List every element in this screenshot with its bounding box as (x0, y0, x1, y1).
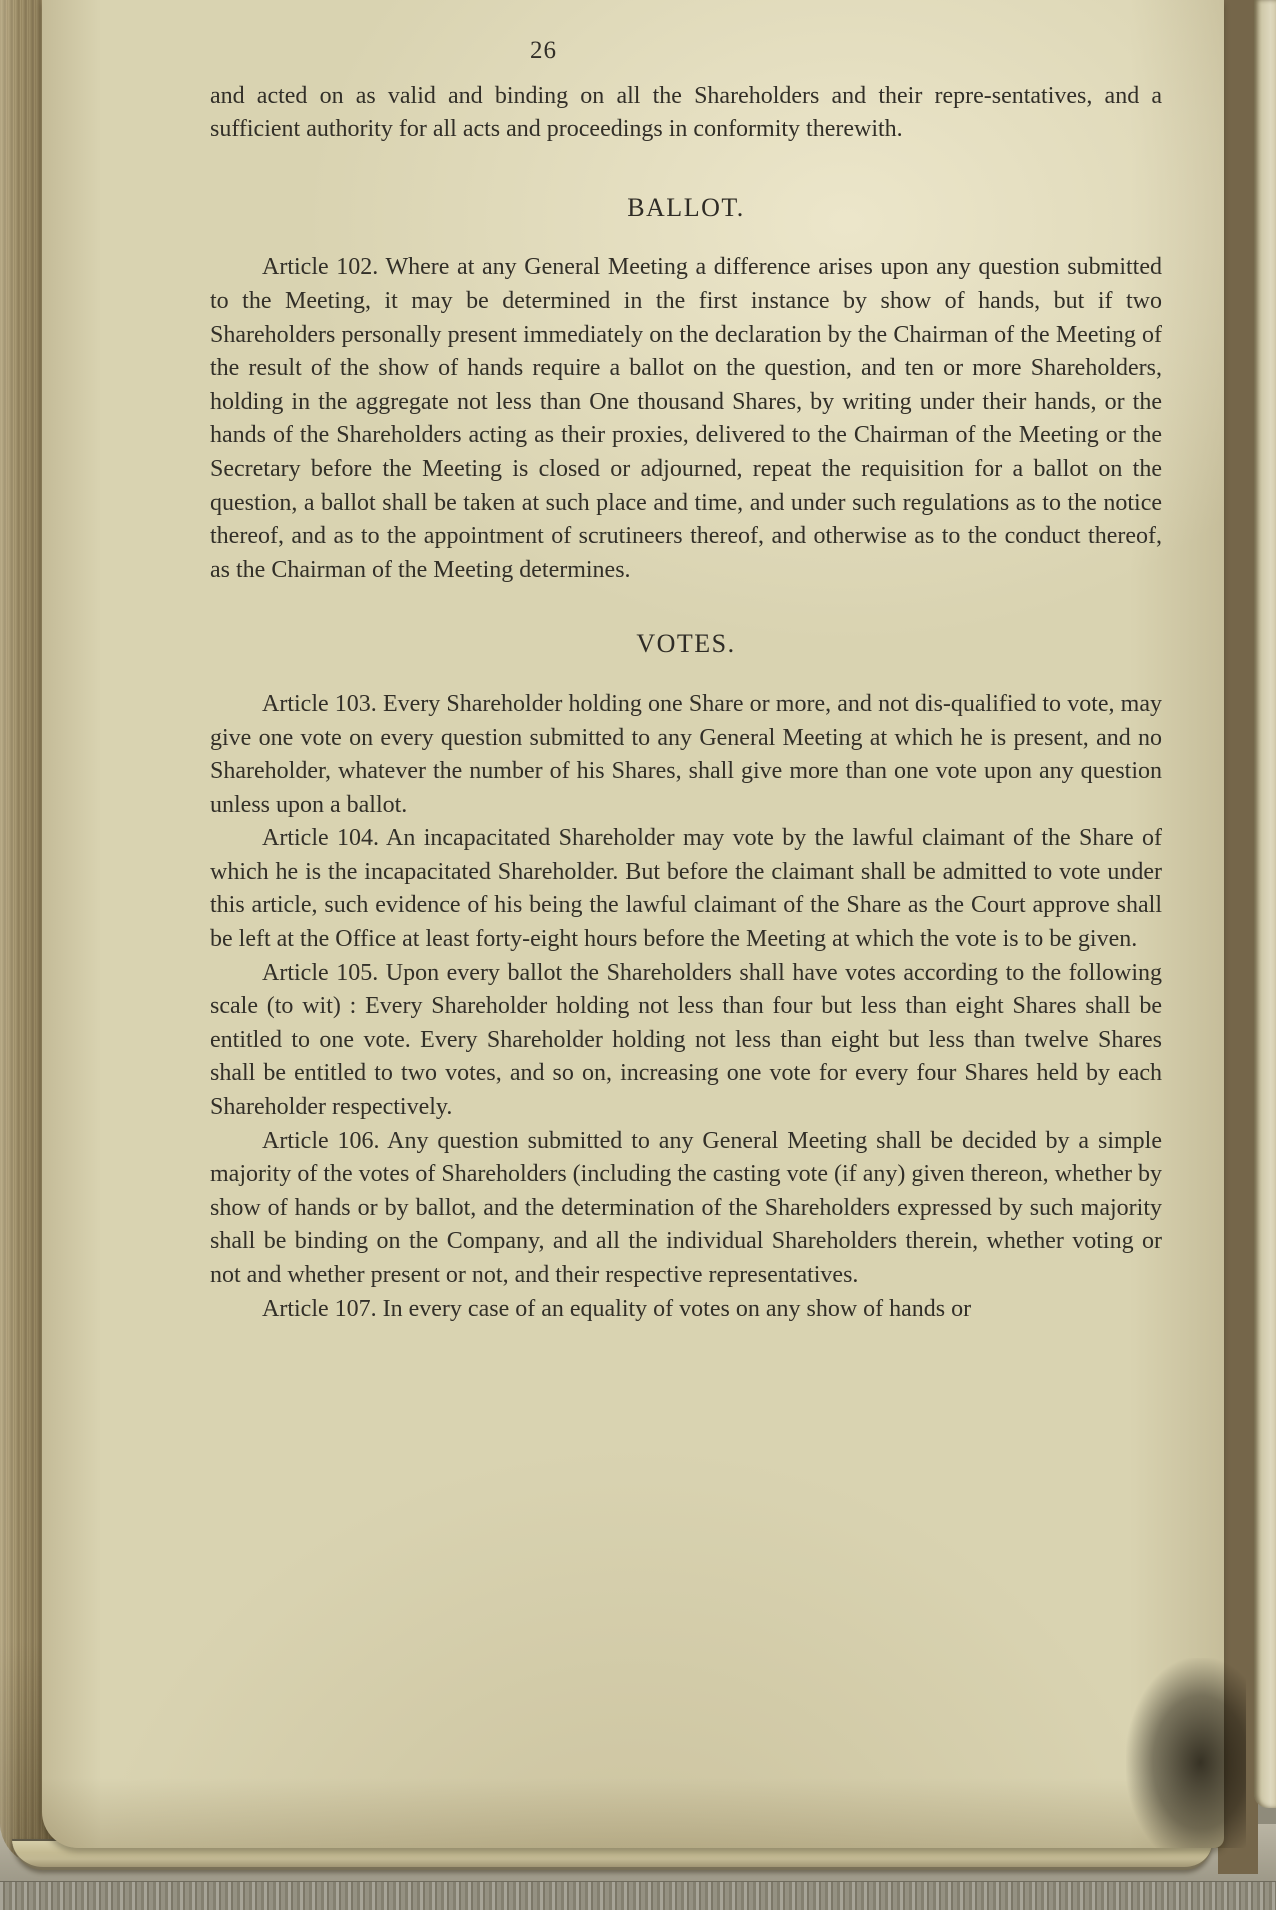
article-103-paragraph: Article 103. Every Shareholder holding o… (210, 688, 1162, 822)
book-gutter-shadow-right (1218, 0, 1258, 1874)
scanned-book-photo: 26 and acted on as valid and binding on … (0, 0, 1276, 1910)
article-105-paragraph: Article 105. Upon every ballot the Share… (210, 957, 1162, 1125)
book-page-paper: 26 and acted on as valid and binding on … (42, 0, 1224, 1848)
section-heading-ballot: BALLOT. (210, 191, 1162, 225)
section-heading-votes: VOTES. (210, 627, 1162, 661)
opposite-page-edge-strip (1254, 0, 1276, 1808)
article-106-paragraph: Article 106. Any question submitted to a… (210, 1125, 1162, 1293)
bottom-right-corner-shadow (1126, 1658, 1246, 1848)
paragraph-continuation: and acted on as valid and binding on all… (210, 80, 1162, 147)
desk-edge-texture (0, 1881, 1276, 1910)
article-102-paragraph: Article 102. Where at any General Meetin… (210, 251, 1162, 587)
printed-text-block: 26 and acted on as valid and binding on … (210, 34, 1162, 1326)
article-104-paragraph: Article 104. An incapacitated Shareholde… (210, 822, 1162, 956)
article-107-paragraph: Article 107. In every case of an equalit… (210, 1293, 1162, 1327)
page-number: 26 (210, 34, 1162, 68)
